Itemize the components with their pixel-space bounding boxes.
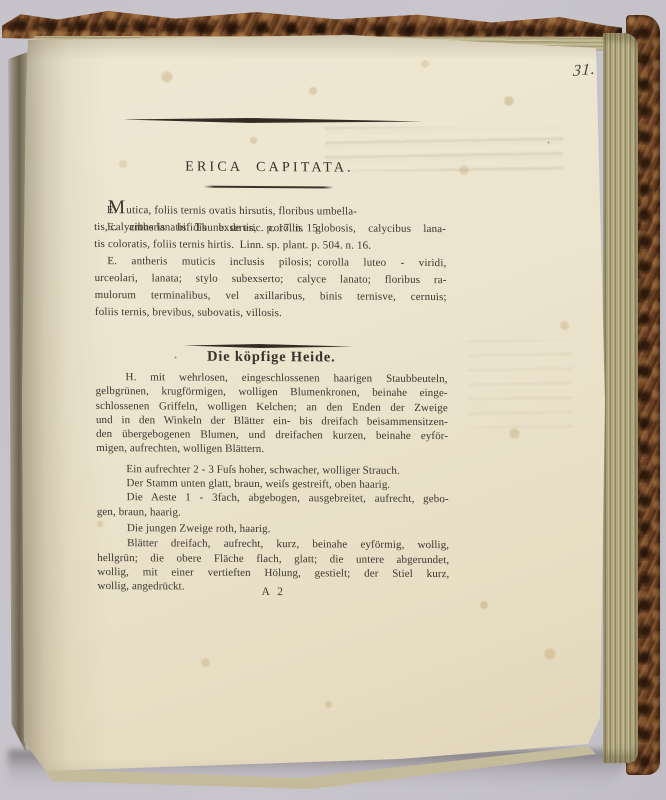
text-line: E. Mutica, foliis ternis ovatis hirsutis… [94, 202, 446, 221]
german-species-heading: Die köpfige Heide. [95, 348, 447, 367]
page-edges-fore-edge-stack [603, 33, 638, 763]
latin-paragraph-1: E. Mutica, foliis ternis ovatis hirsutis… [94, 202, 446, 221]
printed-text-block: ERICA CAPITATA. E. Mutica, foliis ternis… [93, 117, 450, 639]
book-page: 31. ERICA CAPITATA. E. Mutica, foliis te… [0, 0, 666, 800]
first-line-rest: utica, foliis ternis ovatis hirsutis, fl… [126, 202, 357, 220]
photo-of-open-book: 31. ERICA CAPITATA. E. Mutica, foliis te… [0, 0, 666, 800]
text-line: E. antheris bifidis exsertis, corollis g… [94, 219, 446, 238]
text-line: gen, braun, haarig. [97, 505, 449, 521]
verso-show-through-margin [468, 340, 572, 428]
text-line: foliis ternis, brevibus, subovatis, vill… [95, 304, 447, 323]
text-line: migen, aufrechten, wolligen Blättern. [96, 441, 448, 457]
text-line: E. antheris muticis inclusis pilosis; co… [94, 253, 446, 272]
german-paragraph-5: Die jungen Zweige roth, haarig. [97, 521, 449, 537]
text-line: Die jungen Zweige roth, haarig. [97, 521, 449, 537]
text-line: mulorum terminalibus, vel axillaribus, b… [95, 287, 447, 306]
swelled-rule-top [123, 117, 423, 124]
text-line: urceolari, lanata; stylo subexserto; cal… [94, 270, 446, 289]
latin-paragraph-3: E. antheris muticis inclusis pilosis; co… [94, 253, 447, 323]
text-line: tis coloratis, foliis ternis hirtis. Lin… [94, 236, 446, 255]
latin-synonymy-section: E. Mutica, foliis ternis ovatis hirsutis… [94, 202, 447, 323]
species-title: ERICA CAPITATA. [93, 159, 445, 177]
german-description-section: H. mit wehrlosen, eingeschlossenen haari… [95, 370, 449, 596]
german-paragraph-4: Die Aeste 1 - 3fach, abgebogen, ausgebre… [97, 490, 449, 521]
dropcap-M: M [108, 197, 126, 218]
signature-mark: A 2 [97, 585, 449, 599]
latin-paragraph-2: E. antheris bifidis exsertis, corollis g… [94, 219, 446, 255]
title-underline-rule [204, 186, 334, 189]
german-paragraph-1: H. mit wehrlosen, eingeschlossenen haari… [95, 370, 448, 458]
